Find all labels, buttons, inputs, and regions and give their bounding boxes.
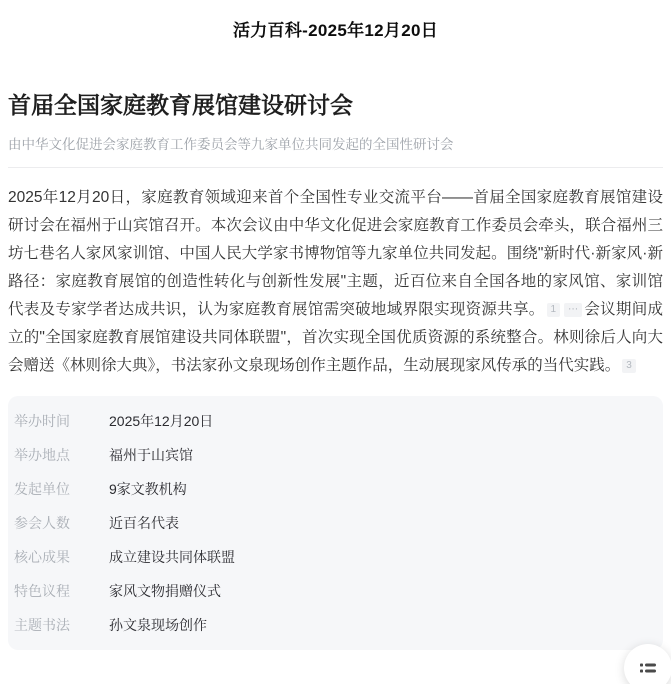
table-row: 主题书法 孙文泉现场创作 — [8, 608, 663, 642]
row-label: 举办地点 — [8, 445, 109, 465]
row-label: 核心成果 — [8, 547, 109, 567]
row-value: 2025年12月20日 — [109, 411, 213, 431]
article: 首届全国家庭教育展馆建设研讨会 由中华文化促进会家庭教育工作委员会等九家单位共同… — [0, 87, 671, 380]
row-label: 发起单位 — [8, 479, 109, 499]
table-row: 举办时间 2025年12月20日 — [8, 404, 663, 438]
page-title: 首届全国家庭教育展馆建设研讨会 — [8, 87, 663, 120]
row-value: 9家文教机构 — [109, 479, 187, 499]
table-row: 发起单位 9家文教机构 — [8, 472, 663, 506]
row-value: 孙文泉现场创作 — [109, 615, 207, 635]
list-icon — [637, 657, 659, 679]
row-value: 家风文物捐赠仪式 — [109, 581, 221, 601]
row-label: 举办时间 — [8, 411, 109, 431]
row-value: 福州于山宾馆 — [109, 445, 193, 465]
table-row: 核心成果 成立建设共同体联盟 — [8, 540, 663, 574]
article-subtitle: 由中华文化促进会家庭教育工作委员会等九家单位共同发起的全国性研讨会 — [8, 133, 663, 153]
table-of-contents-button[interactable] — [624, 644, 671, 684]
row-label: 主题书法 — [8, 615, 109, 635]
row-label: 参会人数 — [8, 513, 109, 533]
doc-header-title: 活力百科-2025年12月20日 — [0, 0, 671, 41]
table-row: 举办地点 福州于山宾馆 — [8, 438, 663, 472]
article-paragraph: 2025年12月20日，家庭教育领域迎来首个全国性专业交流平台——首届全国家庭教… — [8, 184, 663, 380]
info-table: 举办时间 2025年12月20日 举办地点 福州于山宾馆 发起单位 9家文教机构… — [8, 396, 663, 650]
citation-badge-1[interactable]: 1 — [547, 303, 561, 317]
row-label: 特色议程 — [8, 581, 109, 601]
citation-badge-3[interactable]: 3 — [622, 359, 636, 373]
divider — [8, 167, 663, 168]
paragraph-text-1: 2025年12月20日，家庭教育领域迎来首个全国性专业交流平台——首届全国家庭教… — [8, 189, 663, 318]
row-value: 近百名代表 — [109, 513, 179, 533]
citation-badge-more[interactable]: ⋯ — [564, 303, 582, 317]
table-row: 参会人数 近百名代表 — [8, 506, 663, 540]
row-value: 成立建设共同体联盟 — [109, 547, 235, 567]
table-row: 特色议程 家风文物捐赠仪式 — [8, 574, 663, 608]
